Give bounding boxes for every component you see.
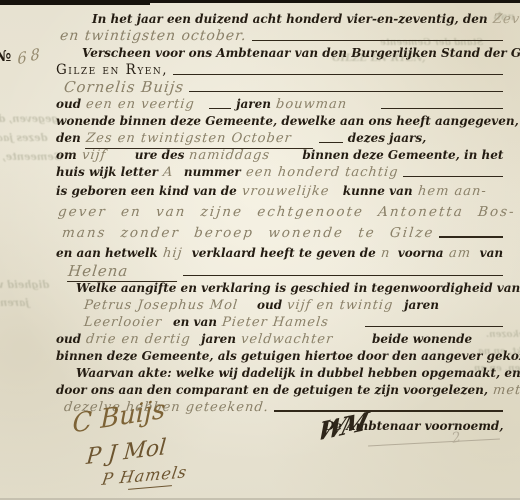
document-line: Welke aangifte en verklaring is geschied…: [56, 280, 508, 297]
handwritten-entry: Leerlooier: [83, 314, 169, 331]
document-line: en aan hetwelkhijverklaard heeft te geve…: [56, 245, 508, 262]
handwritten-entry: drie en dertig: [85, 331, 197, 348]
document-line: oudeen en veertigjarenbouwman: [56, 96, 508, 113]
printed-text: kunne van: [343, 183, 413, 200]
printed-text: Waarvan akte: welke wij dadelijk in dubb…: [76, 365, 520, 382]
handwritten-entry: hij: [162, 245, 188, 262]
handwritten-entry: A: [162, 164, 180, 181]
handwritten-entry: namiddags: [188, 147, 298, 164]
blank-rule: [274, 410, 503, 412]
printed-text: om: [56, 147, 77, 164]
handwritten-entry: am: [448, 245, 476, 262]
printed-text: jaren: [404, 297, 439, 314]
blank-rule: [252, 40, 503, 41]
printed-text: Verscheen voor ons Ambtenaar van den Bur…: [82, 45, 520, 62]
blank-rule: [209, 108, 231, 109]
printed-text: jaren: [236, 96, 271, 113]
document-line: Petrus Josephus Moloudvijf en twintigjar…: [56, 297, 508, 314]
handwritten-entry: Cornelis Buijs: [63, 79, 185, 96]
document-line: omvijfure desnamiddagsbinnen deze Gemeen…: [56, 147, 508, 164]
printed-text: en van: [173, 314, 217, 331]
printed-text: en aan hetwelk: [56, 245, 158, 262]
handwritten-entry: een en veertig: [85, 96, 205, 113]
printed-text: is geboren een kind van de: [56, 183, 237, 200]
handwritten-entry: een honderd tachtig: [245, 164, 399, 181]
document-line: door ons aan den comparant en de getuige…: [56, 382, 508, 399]
handwritten-entry: veldwachter: [240, 331, 368, 348]
handwritten-entry: bouwman: [275, 96, 377, 113]
handwritten-entry: hem aan-: [417, 183, 488, 200]
printed-text: oud: [56, 331, 81, 348]
bleedthrough-text: dezes jaars,: [0, 133, 47, 144]
document-line: denZes en twintigsten Octoberdezes jaars…: [56, 130, 508, 147]
printed-text: van: [480, 245, 503, 262]
handwritten-entry: vijf en twintig: [286, 297, 400, 314]
document-line: Waarvan akte: welke wij dadelijk in dubb…: [56, 365, 508, 382]
document-line: huis wijk letterAnummereen honderd tacht…: [56, 164, 508, 181]
document-line: wonende binnen deze Gemeente, dewelke aa…: [56, 113, 508, 130]
handwritten-entry: vijf: [81, 147, 131, 164]
blank-rule: [183, 275, 503, 276]
handwritten-entry: met: [492, 382, 520, 399]
document-line: ouddrie en dertigjarenveldwachterbeide w…: [56, 331, 508, 348]
handwritten-entry: vrouwelijke: [241, 183, 339, 200]
blank-rule: [365, 326, 503, 327]
handwritten-entry: Pieter Hamels: [221, 314, 361, 331]
document-line: en twintigsten october.: [56, 28, 508, 45]
printed-text: In het jaar een duizend acht honderd vie…: [92, 11, 488, 28]
printed-text: nummer: [184, 164, 241, 181]
printed-text: beide wonende: [372, 331, 472, 348]
act-number-margin: №68: [0, 46, 44, 65]
handwritten-entry: Zeven: [492, 11, 520, 28]
document-line: mans zonder beroep wonende te Gilze: [56, 225, 508, 242]
printed-text: Gilze en Ryen,: [56, 62, 168, 79]
scanned-birth-record: denStand der GemeenteGILZE EN RYEN,gegev…: [0, 0, 520, 500]
printed-text: den: [56, 130, 81, 147]
document-line: Gilze en Ryen,: [56, 62, 508, 79]
document-line: is geboren een kind van devrouwelijkekun…: [56, 183, 508, 200]
printed-text: ure des: [135, 147, 185, 164]
printed-text: dezes jaars,: [348, 130, 427, 147]
printed-text: oud: [56, 96, 81, 113]
document-line: gever en van zijne echtgenoote Antonetta…: [56, 204, 508, 221]
scan-top-edge-dark: [0, 0, 150, 5]
bleedthrough-text: jaren: [0, 298, 29, 309]
signature-flourish-line: [368, 439, 500, 447]
blank-rule: [189, 91, 503, 92]
printed-text: jaren: [201, 331, 236, 348]
bleedthrough-text: digheid van: [0, 280, 49, 291]
document-line: Cornelis Buijs: [56, 79, 508, 96]
bleedthrough-text: Gemeente, in het: [0, 152, 62, 163]
document-line: Verscheen voor ons Ambtenaar van den Bur…: [56, 45, 508, 62]
printed-text: Welke aangifte en verklaring is geschied…: [76, 280, 520, 297]
handwritten-entry: n: [380, 245, 394, 262]
document-line: In het jaar een duizend acht honderd vie…: [56, 11, 508, 28]
printed-text: wonende binnen deze Gemeente, dewelke aa…: [56, 113, 520, 130]
document-line: Helena: [56, 263, 508, 280]
printed-text: huis wijk letter: [56, 164, 158, 181]
handwritten-entry: gever en van zijne echtgenoote Antonetta…: [57, 204, 516, 221]
blank-rule: [439, 236, 503, 238]
number-symbol: №: [0, 47, 11, 65]
printed-text: binnen deze Gemeente, in het: [302, 147, 503, 164]
blank-rule: [381, 108, 503, 109]
blank-rule: [173, 74, 503, 75]
document-line: Leerlooieren vanPieter Hamels: [56, 314, 508, 331]
printed-text: verklaard heeft te geven de: [192, 245, 376, 262]
handwritten-entry: en twintigsten october.: [59, 28, 247, 45]
printed-text: binnen deze Gemeente, als getuigen hiert…: [56, 348, 520, 365]
handwritten-entry: Petrus Josephus Mol: [83, 297, 253, 314]
bleedthrough-text: gegeven, dat op: [0, 114, 58, 125]
blank-rule: [319, 142, 343, 143]
document-lines: In het jaar een duizend acht honderd vie…: [56, 7, 508, 435]
handwritten-entry: Helena: [67, 263, 179, 282]
printed-text: door ons aan den comparant en de getuige…: [56, 382, 488, 399]
blank-rule: [403, 176, 503, 177]
act-number: 68: [17, 44, 44, 69]
handwritten-entry: mans zonder beroep wonende te Gilze: [61, 225, 435, 242]
printed-text: voorna: [398, 245, 444, 262]
printed-text: oud: [257, 297, 282, 314]
document-line: binnen deze Gemeente, als getuigen hiert…: [56, 348, 508, 365]
